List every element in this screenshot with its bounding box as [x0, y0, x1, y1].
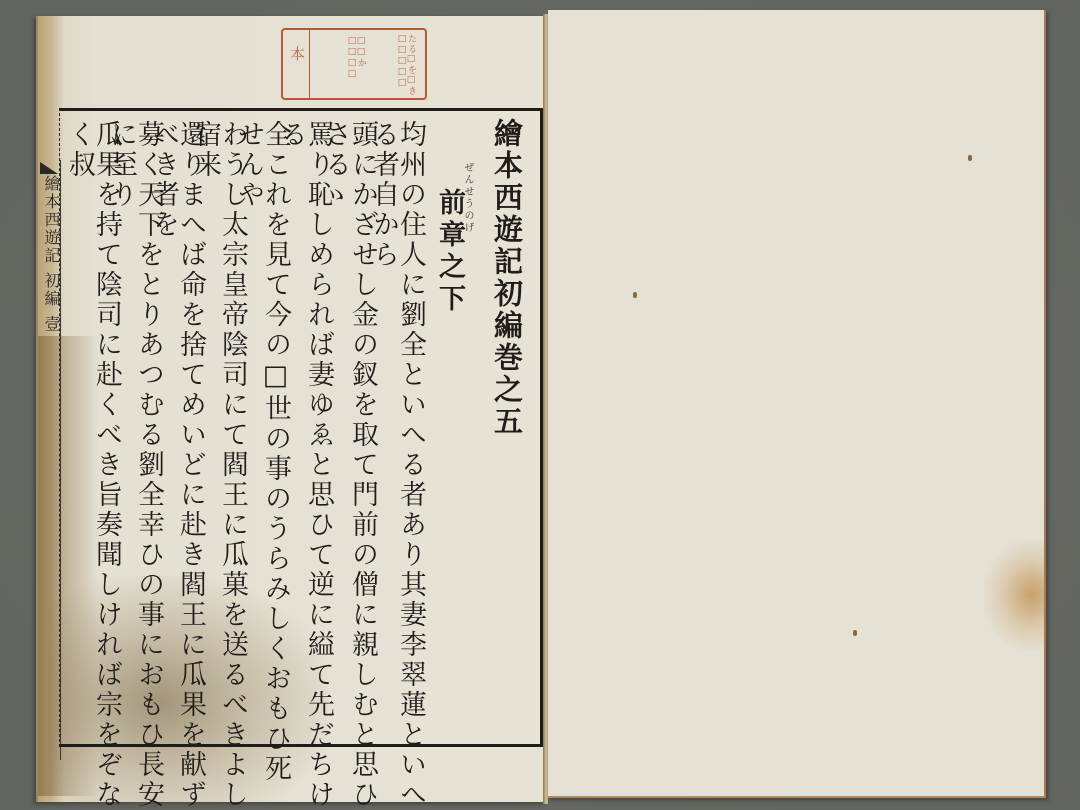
red-seal-stamp: 本 たる□を□き□□□□□ □□か□□□□: [281, 28, 427, 100]
seal-right-text-2: □□か□□□□: [347, 36, 365, 98]
foxing-spot: [633, 292, 637, 298]
body-column-8: 瓜果を持て陰司に赴くべき旨奏聞しければ宗をぞなく叔: [66, 120, 120, 810]
chapter-heading: 前章之下: [436, 188, 463, 316]
foxing-stain: [984, 540, 1044, 650]
seal-left-text: 本: [289, 46, 304, 62]
foxing-spot: [968, 155, 972, 161]
book-title: 繪本西遊記初編巻之五: [492, 118, 521, 438]
seal-right-text: たる□を□き□□□□□: [397, 34, 415, 98]
body-column-1: 均州の住人に劉全といへる者あり其妻李翠蓮といへる者自から: [370, 120, 424, 810]
right-page: [548, 10, 1046, 798]
foxing-spot: [853, 630, 857, 636]
seal-divider: [309, 30, 310, 98]
